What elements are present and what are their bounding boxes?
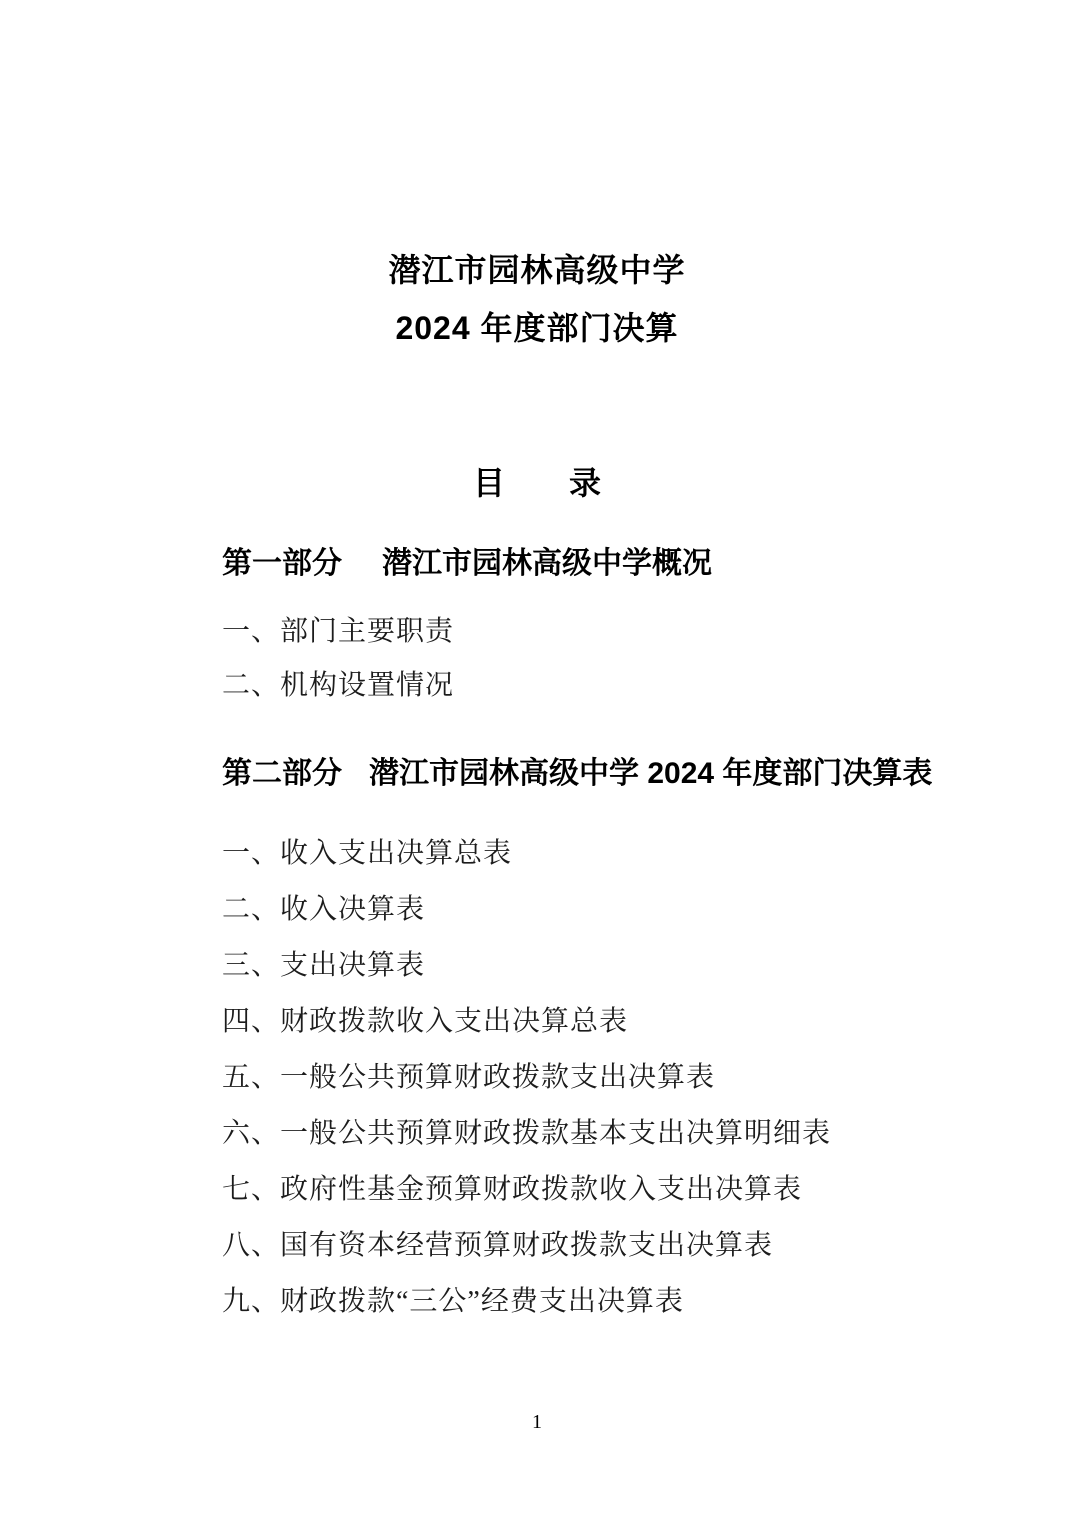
toc-item-part1-1: 一、部门主要职责 <box>222 616 1074 648</box>
toc-item-part1-2: 二、机构设置情况 <box>222 670 1074 702</box>
document-title-line2: 2024 年度部门决算 <box>0 310 1074 346</box>
toc-item-part2-4: 四、财政拨款收入支出决算总表 <box>222 1006 1074 1038</box>
section-2-title: 潜江市园林高级中学 2024 年度部门决算表 <box>369 757 932 790</box>
document-page: 潜江市园林高级中学 2024 年度部门决算 目 录 第一部分潜江市园林高级中学概… <box>0 0 1074 1520</box>
toc-item-part2-2: 二、收入决算表 <box>222 894 1074 926</box>
toc-item-part2-8: 八、国有资本经营预算财政拨款支出决算表 <box>222 1230 1074 1262</box>
document-title-line1: 潜江市园林高级中学 <box>0 252 1074 288</box>
section-2-heading: 第二部分潜江市园林高级中学 2024 年度部门决算表 <box>222 756 1074 792</box>
toc-item-part2-7: 七、政府性基金预算财政拨款收入支出决算表 <box>222 1174 1074 1206</box>
page-number: 1 <box>0 1410 1074 1434</box>
toc-item-part2-3: 三、支出决算表 <box>222 950 1074 982</box>
section-1-title: 潜江市园林高级中学概况 <box>382 547 712 580</box>
toc-item-part2-1: 一、收入支出决算总表 <box>222 838 1074 870</box>
toc-item-part2-6: 六、一般公共预算财政拨款基本支出决算明细表 <box>222 1118 1074 1150</box>
section-1-number: 第一部分 <box>222 547 342 580</box>
toc-heading: 目 录 <box>0 465 1074 501</box>
toc-item-part2-5: 五、一般公共预算财政拨款支出决算表 <box>222 1062 1074 1094</box>
section-2-number: 第二部分 <box>222 757 342 790</box>
toc-item-part2-9: 九、财政拨款“三公”经费支出决算表 <box>222 1286 1074 1318</box>
section-1-heading: 第一部分潜江市园林高级中学概况 <box>222 546 1074 582</box>
